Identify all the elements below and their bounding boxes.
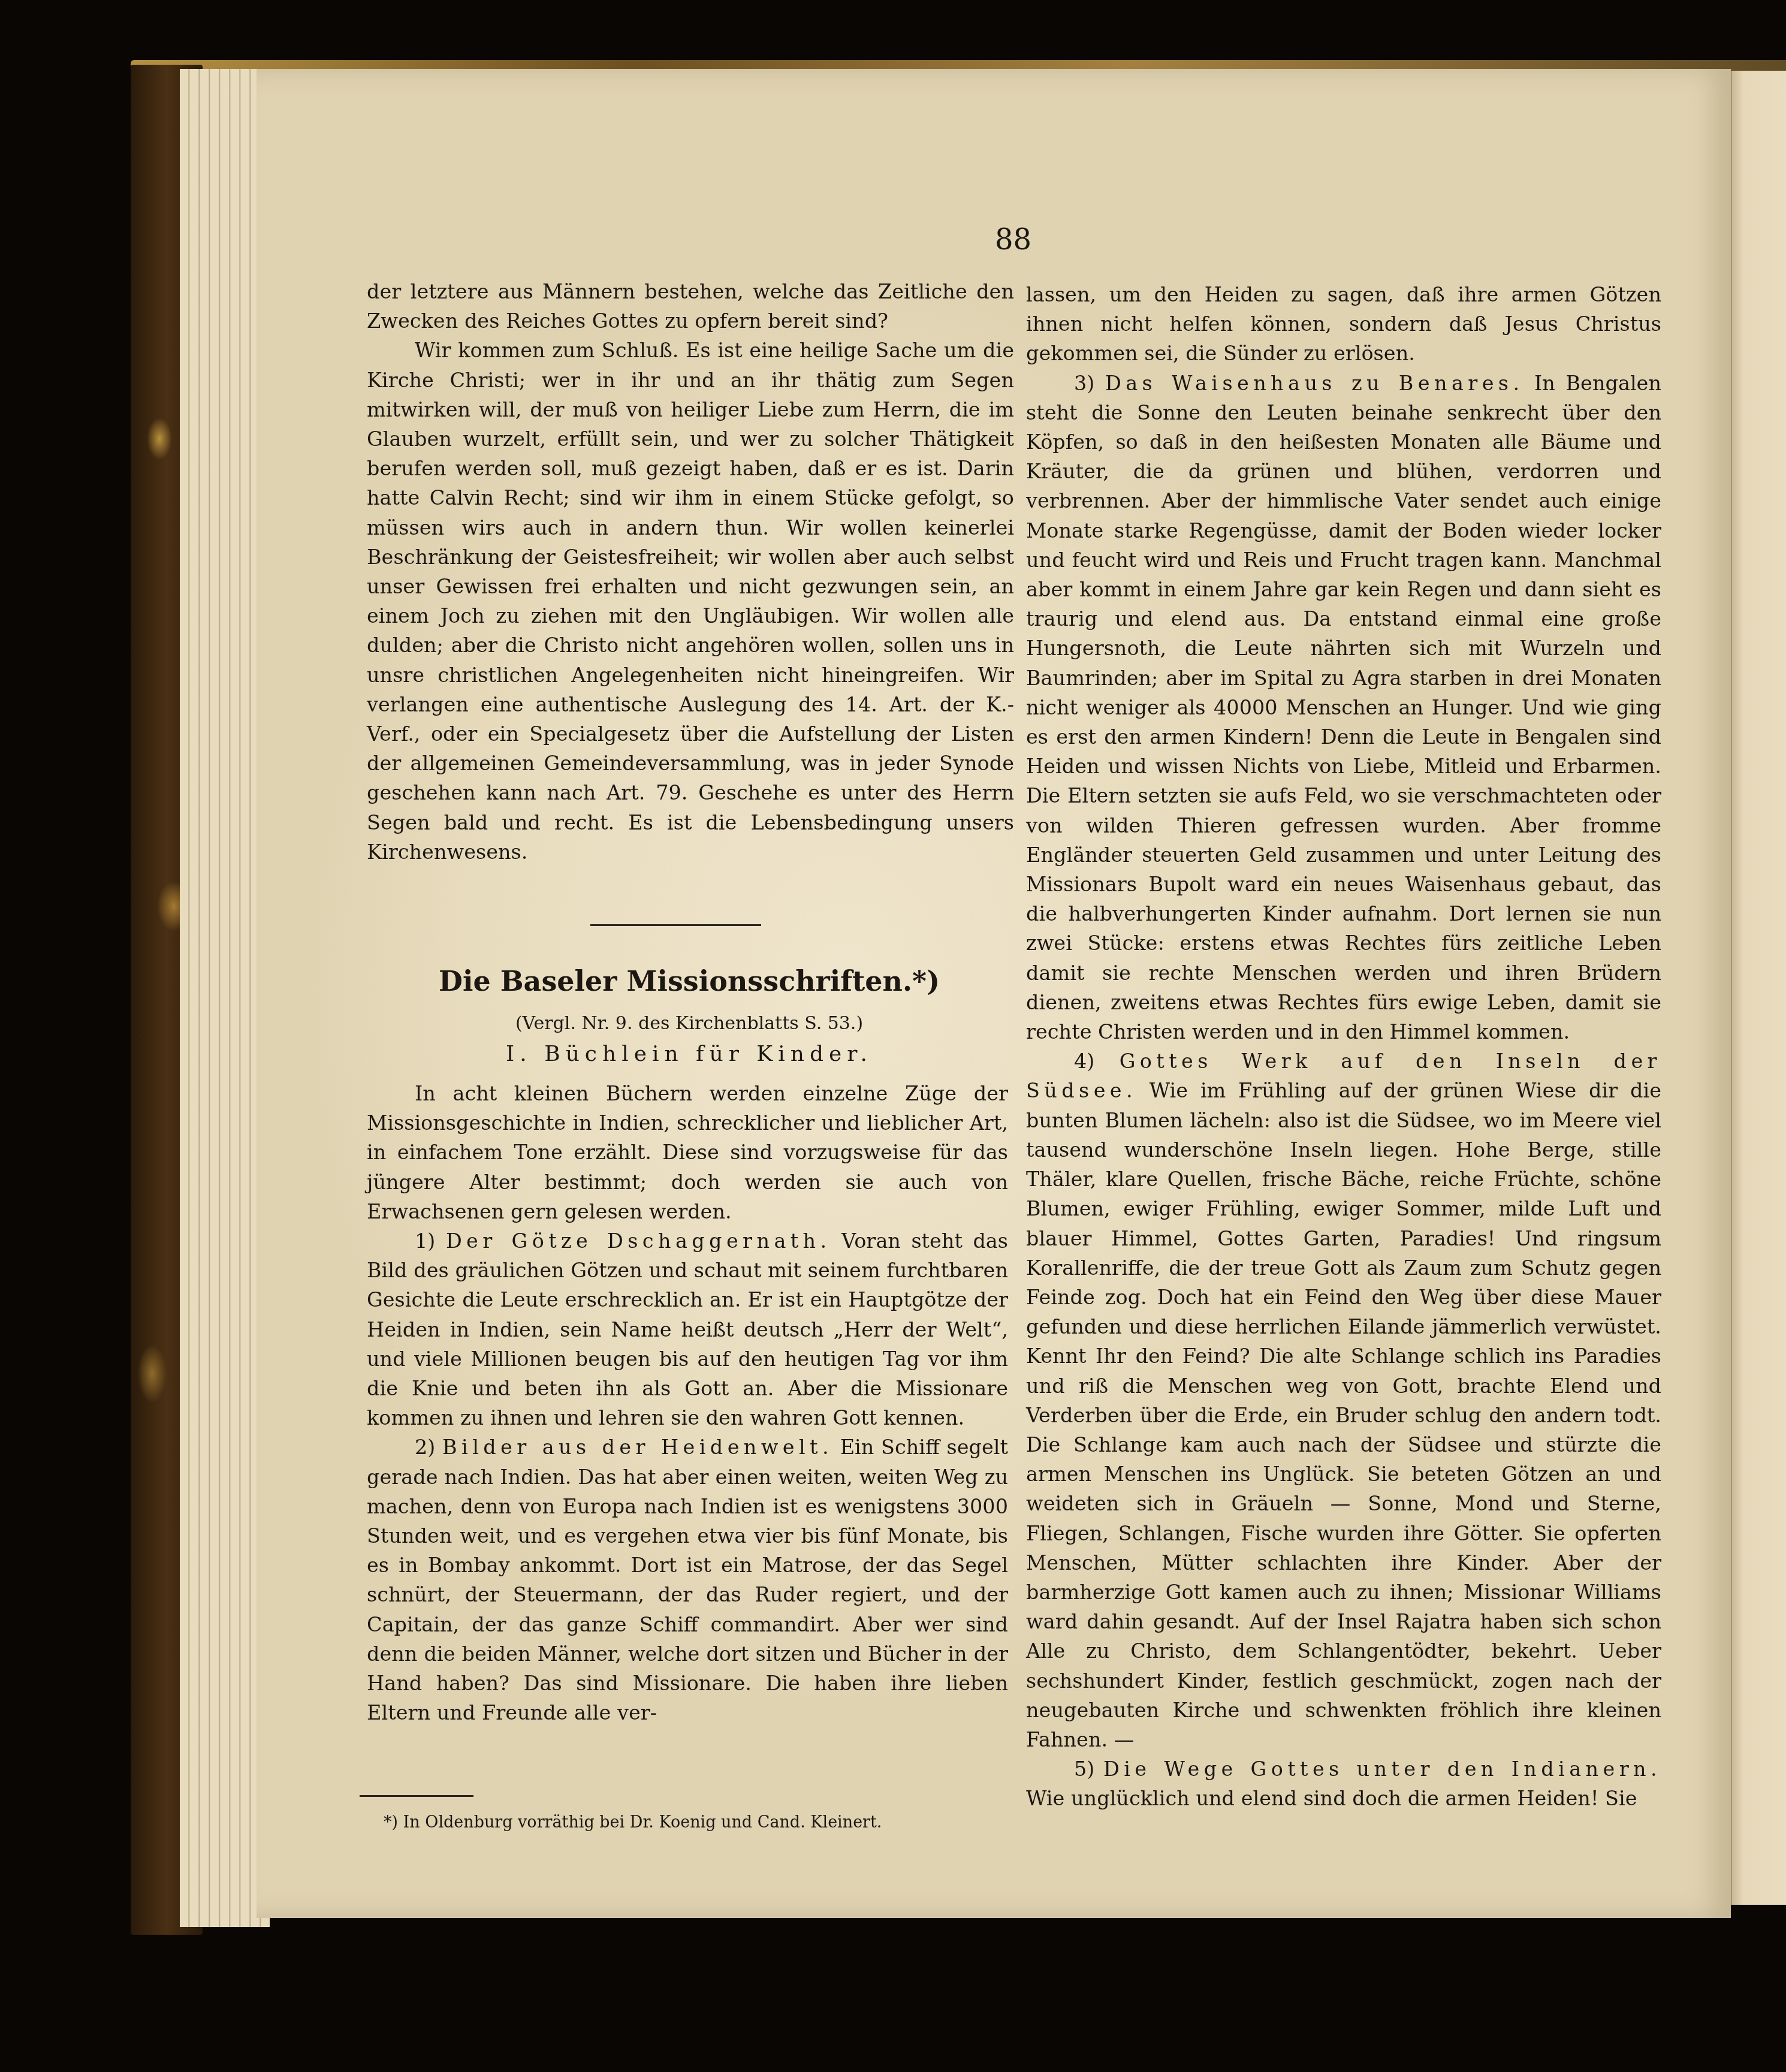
left-column-article: In acht kleinen Büchern werden einzelne … — [367, 1079, 1008, 1727]
page-number: 88 — [995, 223, 1031, 257]
item-number: 1) — [415, 1229, 435, 1253]
paragraph-conclusion: Wir kommen zum Schluß. Es ist eine heili… — [367, 336, 1014, 867]
list-item: 2) Bilder aus der Heidenwelt. Ein Schiff… — [367, 1432, 1008, 1727]
section-heading: I. Büchlein für Kinder. — [360, 1042, 1019, 1066]
footnote: *) In Oldenburg vorräthig bei Dr. Koenig… — [384, 1813, 1019, 1832]
footnote-rule — [360, 1795, 473, 1797]
paragraph-continuation: lassen, um den Heiden zu sagen, daß ihre… — [1026, 280, 1661, 369]
item-title: Das Waisenhaus zu Benares. — [1105, 372, 1523, 395]
item-text: Wie unglücklich und elend sind doch die … — [1026, 1787, 1637, 1810]
left-column-top: der letztere aus Männern bestehen, welch… — [367, 277, 1014, 867]
item-title: Die Wege Gottes unter den Indianern. — [1103, 1757, 1661, 1781]
list-item: 3) Das Waisenhaus zu Benares. In Bengale… — [1026, 369, 1661, 1047]
item-number: 3) — [1074, 372, 1094, 395]
list-item: 5) Die Wege Gottes unter den Indianern. … — [1026, 1754, 1661, 1813]
adjacent-page-edge — [1731, 71, 1786, 1905]
paragraph-continuation: der letztere aus Männern bestehen, welch… — [367, 277, 1014, 336]
item-number: 2) — [415, 1435, 435, 1459]
list-item: 4) Gottes Werk auf den Inseln der Südsee… — [1026, 1046, 1661, 1754]
right-column: lassen, um den Heiden zu sagen, daß ihre… — [1026, 280, 1661, 1814]
item-text: In Bengalen steht die Sonne den Leuten b… — [1026, 372, 1661, 1043]
item-number: 4) — [1074, 1049, 1094, 1073]
article-intro: In acht kleinen Büchern werden einzelne … — [367, 1079, 1008, 1226]
list-item: 1) Der Götze Dschaggernath. Voran steht … — [367, 1226, 1008, 1432]
item-text: Voran steht das Bild des gräulichen Götz… — [367, 1229, 1008, 1429]
item-text: Ein Schiff segelt gerade nach Indien. Da… — [367, 1435, 1008, 1724]
item-title: Der Götze Dschaggernath. — [446, 1229, 831, 1253]
article-reference: (Vergl. Nr. 9. des Kirchenblatts S. 53.) — [360, 1013, 1019, 1034]
item-title: Bilder aus der Heidenwelt. — [442, 1435, 833, 1459]
item-text: Wie im Frühling auf der grünen Wiese dir… — [1026, 1079, 1661, 1751]
item-number: 5) — [1074, 1757, 1094, 1781]
article-title: Die Baseler Missionsschriften.*) — [360, 965, 1019, 997]
article-separator-rule — [590, 924, 761, 926]
